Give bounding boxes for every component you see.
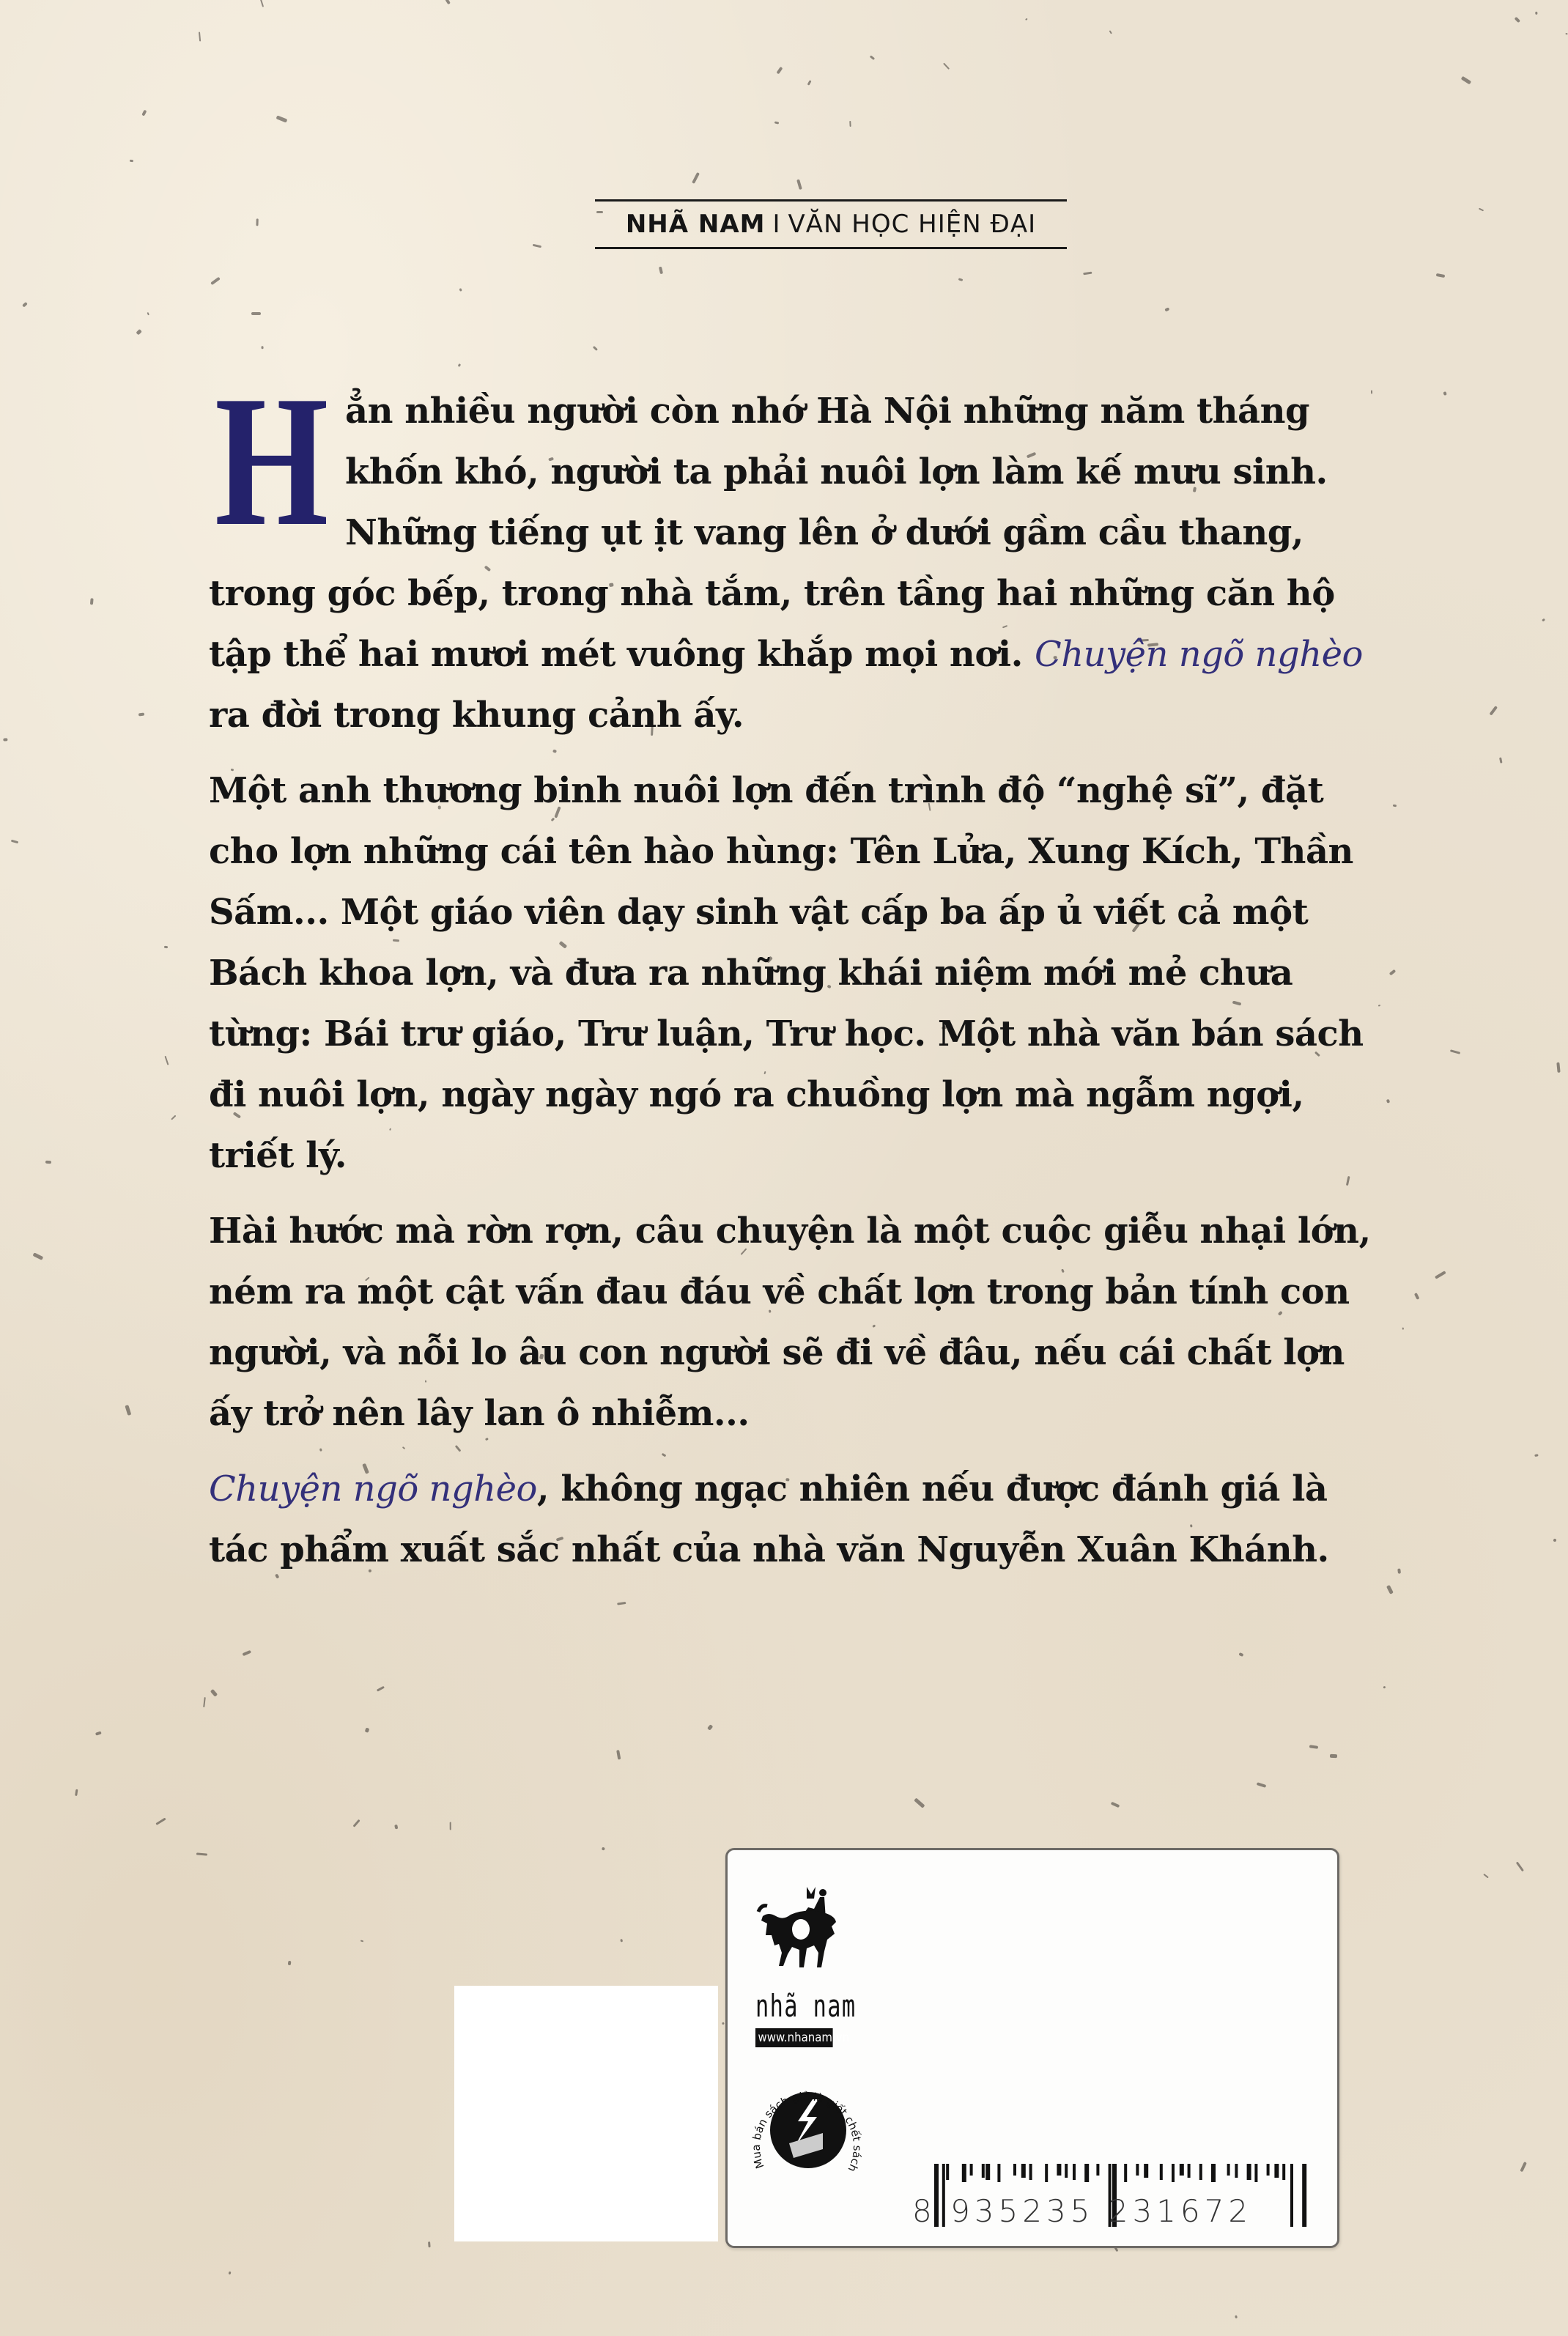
lightning-book-icon: Mua bán sách giả là giết chết sách thật [748,2057,865,2196]
paragraph-text: Hài hước mà rờn rợn, câu chuyện là một c… [209,1210,1371,1434]
buffalo-rider-logo-icon [755,1879,843,1982]
back-cover-blurb: H ẳn nhiều người còn nhớ Hà Nội những nă… [209,381,1374,1595]
publisher-logo: nhã nam www.nhanam.vn [755,1879,851,2047]
paragraph-text: ẳn nhiều người còn nhớ Hà Nội những năm … [209,391,1335,675]
logo-wordmark: nhã nam [755,1988,824,2024]
header-separator: I [773,210,781,239]
paragraph-text: ra đời trong khung cảnh ấy. [209,695,744,736]
series-name: VĂN HỌC HIỆN ĐẠI [788,210,1037,239]
price-label-blank [454,1986,718,2241]
blurb-paragraph-4: Chuyện ngõ nghèo, không ngạc nhiên nếu đ… [209,1459,1374,1581]
publisher-barcode-sticker: nhã nam www.nhanam.vn Mua bán sách giả l… [725,1848,1339,2248]
blurb-paragraph-2: Một anh thương binh nuôi lợn đến trình đ… [209,761,1374,1186]
series-header: NHÃ NAM I VĂN HỌC HIỆN ĐẠI [595,199,1067,249]
blurb-paragraph-1: H ẳn nhiều người còn nhớ Hà Nội những nă… [209,381,1374,746]
publisher-name: NHÃ NAM [626,210,766,239]
paragraph-text: Một anh thương binh nuôi lợn đến trình đ… [209,770,1364,1176]
barcode-digits: 8 935235 231672 [912,2193,1252,2229]
blurb-paragraph-3: Hài hước mà rờn rợn, câu chuyện là một c… [209,1201,1374,1444]
book-title-reference: Chuyện ngõ nghèo [1035,634,1363,675]
book-title-reference: Chuyện ngõ nghèo [209,1468,537,1509]
drop-cap: H [215,388,300,544]
publisher-url: www.nhanam.vn [755,2028,833,2047]
